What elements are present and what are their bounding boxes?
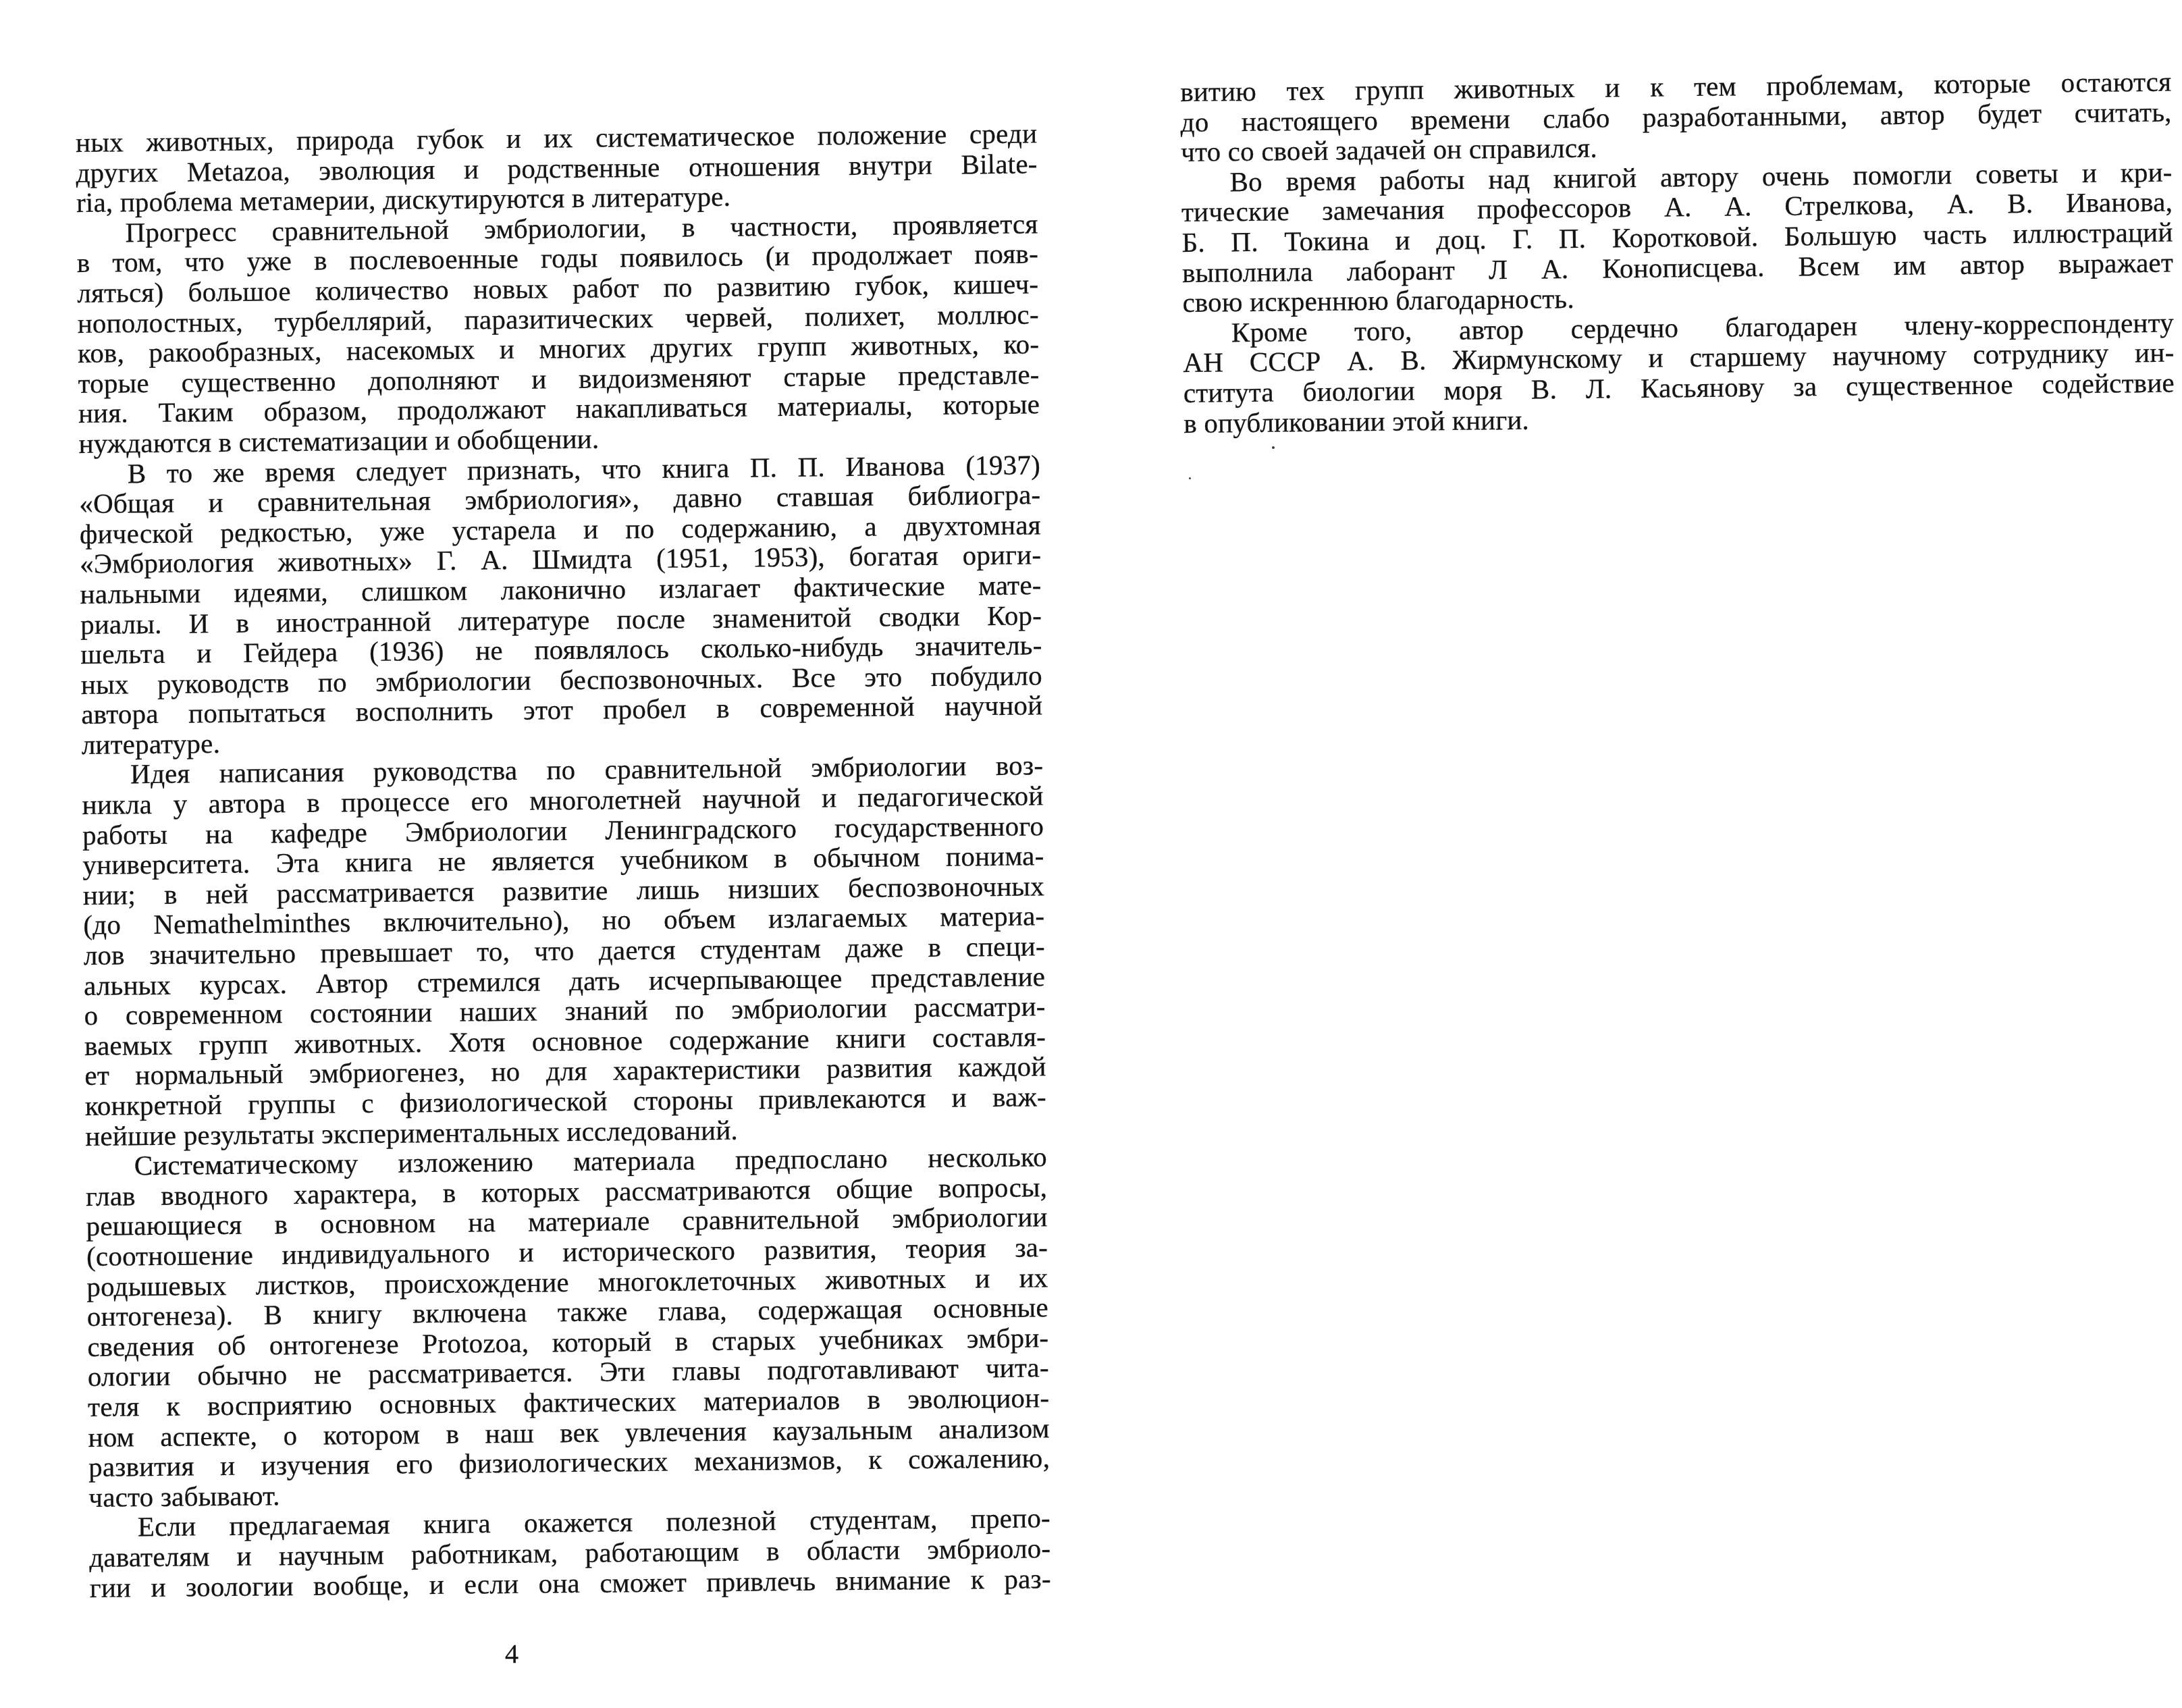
left-page: ных животных, природа губок и их система… (0, 0, 1107, 1708)
paragraph: Идея написания руководства по сравнитель… (82, 751, 1046, 1151)
scanned-book-spread: { "left_page": { "page_number": "4", "pa… (0, 0, 2182, 1708)
paragraph: Во время работы над книгой автору очень … (1181, 157, 2173, 317)
paragraph: Систематическому изложению материала пре… (86, 1142, 1050, 1512)
paragraph: Прогресс сравнительной эмбриологии, в ча… (76, 209, 1040, 458)
right-page: витию тех групп животных и к тем проблем… (1107, 0, 2182, 1708)
right-page-text-block: витию тех групп животных и к тем проблем… (1180, 67, 2175, 438)
paragraph: Кроме того, автор сердечно благодарен чл… (1183, 307, 2175, 438)
left-page-text-block: ных животных, природа губок и их система… (76, 118, 1051, 1603)
paragraph: витию тех групп животных и к тем проблем… (1180, 67, 2172, 167)
paragraph: ных животных, природа губок и их система… (76, 118, 1038, 217)
scan-speck (1189, 477, 1191, 479)
scan-speck (1272, 446, 1275, 449)
paragraph: В то же время следует признать, что книг… (79, 450, 1043, 760)
page-number: 4 (458, 1639, 566, 1669)
paragraph: Если предлагаемая книга окажется полезно… (89, 1503, 1051, 1603)
